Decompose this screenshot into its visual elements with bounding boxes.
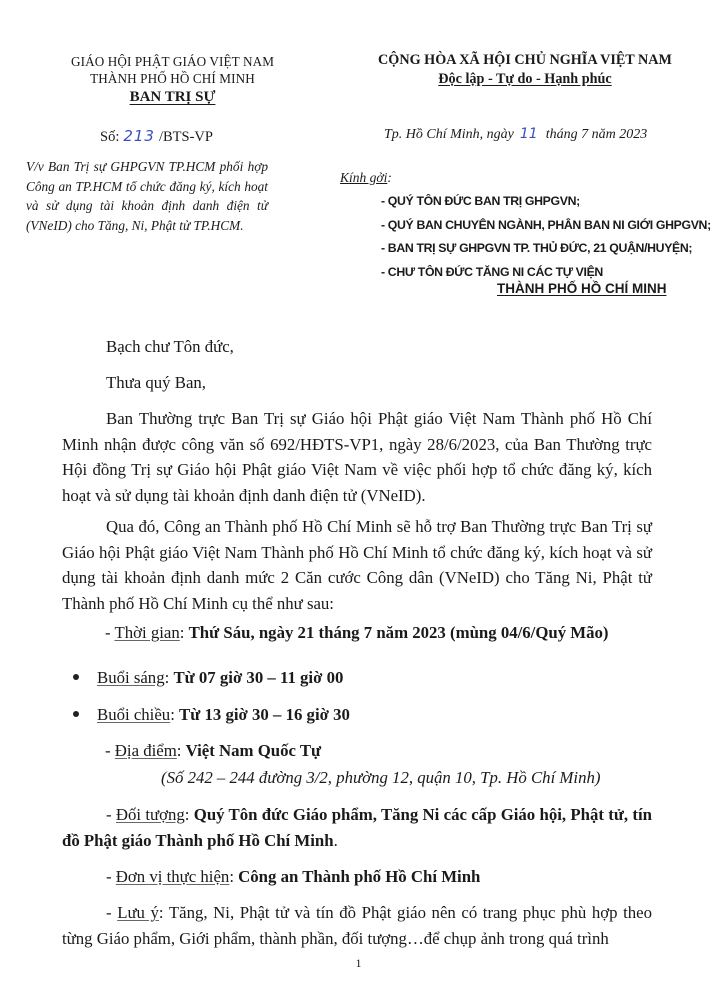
greeting-2: Thưa quý Ban, [62,370,652,396]
issuer-org-line3: BAN TRỊ SỰ [0,87,345,107]
time-value: Thứ Sáu, ngày 21 tháng 7 năm 2023 (mùng … [189,623,609,642]
page-number: 1 [0,956,717,971]
target-line: - Đối tượng: Quý Tôn đức Giáo phẩm, Tăng… [62,802,652,853]
document-number: Số:213/BTS-VP [100,127,213,146]
national-title: CỘNG HÒA XÃ HỘI CHỦ NGHĨA VIỆT NAM [360,51,690,70]
document-number-value: 213 [123,127,155,145]
place-address: (Số 242 – 244 đường 3/2, phường 12, quận… [161,768,701,788]
note-label: Lưu ý [117,903,159,922]
paragraph-1: Ban Thường trực Ban Trị sự Giáo hội Phật… [62,406,652,508]
national-header: CỘNG HÒA XÃ HỘI CHỦ NGHĨA VIỆT NAM Độc l… [360,51,690,89]
greeting-1: Bạch chư Tôn đức, [62,334,652,360]
time-line: - Thời gian: Thứ Sáu, ngày 21 tháng 7 nă… [105,623,705,643]
recipient-item: - QUÝ TÔN ĐỨC BAN TRỊ GHPGVN; [381,190,711,214]
note-line: - Lưu ý: Tăng, Ni, Phật tử và tín đồ Phậ… [62,900,652,951]
target-label: Đối tượng [116,805,185,824]
recipient-item: - QUÝ BAN CHUYÊN NGÀNH, PHÂN BAN NI GIỚI… [381,214,711,238]
executor-line: - Đơn vị thực hiện: Công an Thành phố Hồ… [62,864,652,890]
issuer-org-line2: THÀNH PHỐ HỒ CHÍ MINH [0,70,345,87]
morning-line: Buổi sáng: Từ 07 giờ 30 – 11 giờ 00 [73,668,343,688]
issuer-org-line1: GIÁO HỘI PHẬT GIÁO VIỆT NAM [0,53,345,70]
recipients-label: Kính gởi: [340,170,392,186]
place-label: Địa điểm [115,741,177,760]
recipient-city: THÀNH PHỐ HỒ CHÍ MINH [497,281,667,296]
document-number-label: Số: [100,129,119,145]
bullet-icon [73,674,79,680]
recipients-list: - QUÝ TÔN ĐỨC BAN TRỊ GHPGVN; - QUÝ BAN … [381,190,711,284]
place-line: - Địa điểm: Việt Nam Quốc Tự [105,741,705,761]
paragraph-2: Qua đó, Công an Thành phố Hồ Chí Minh sẽ… [62,514,652,616]
document-date: Tp. Hồ Chí Minh, ngày11tháng 7 năm 2023 [384,126,647,143]
bullet-icon [73,711,79,717]
morning-value: Từ 07 giờ 30 – 11 giờ 00 [173,668,343,687]
issuer-header: GIÁO HỘI PHẬT GIÁO VIỆT NAM THÀNH PHỐ HỒ… [0,53,345,107]
place-value: Việt Nam Quốc Tự [186,741,321,760]
recipient-item: - BAN TRỊ SỰ GHPGVN TP. THỦ ĐỨC, 21 QUẬN… [381,237,711,261]
national-motto: Độc lập - Tự do - Hạnh phúc [438,71,611,87]
executor-label: Đơn vị thực hiện [116,867,230,886]
afternoon-value: Từ 13 giờ 30 – 16 giờ 30 [179,705,350,724]
afternoon-label: Buổi chiều [97,705,170,724]
document-number-suffix: /BTS-VP [159,129,213,145]
document-subject: V/v Ban Trị sự GHPGVN TP.HCM phối hợp Cô… [26,157,268,235]
morning-label: Buổi sáng [97,668,165,687]
executor-value: Công an Thành phố Hồ Chí Minh [238,867,480,886]
afternoon-line: Buổi chiều: Từ 13 giờ 30 – 16 giờ 30 [73,705,350,725]
date-day: 11 [520,126,538,142]
time-label: Thời gian [114,623,179,642]
